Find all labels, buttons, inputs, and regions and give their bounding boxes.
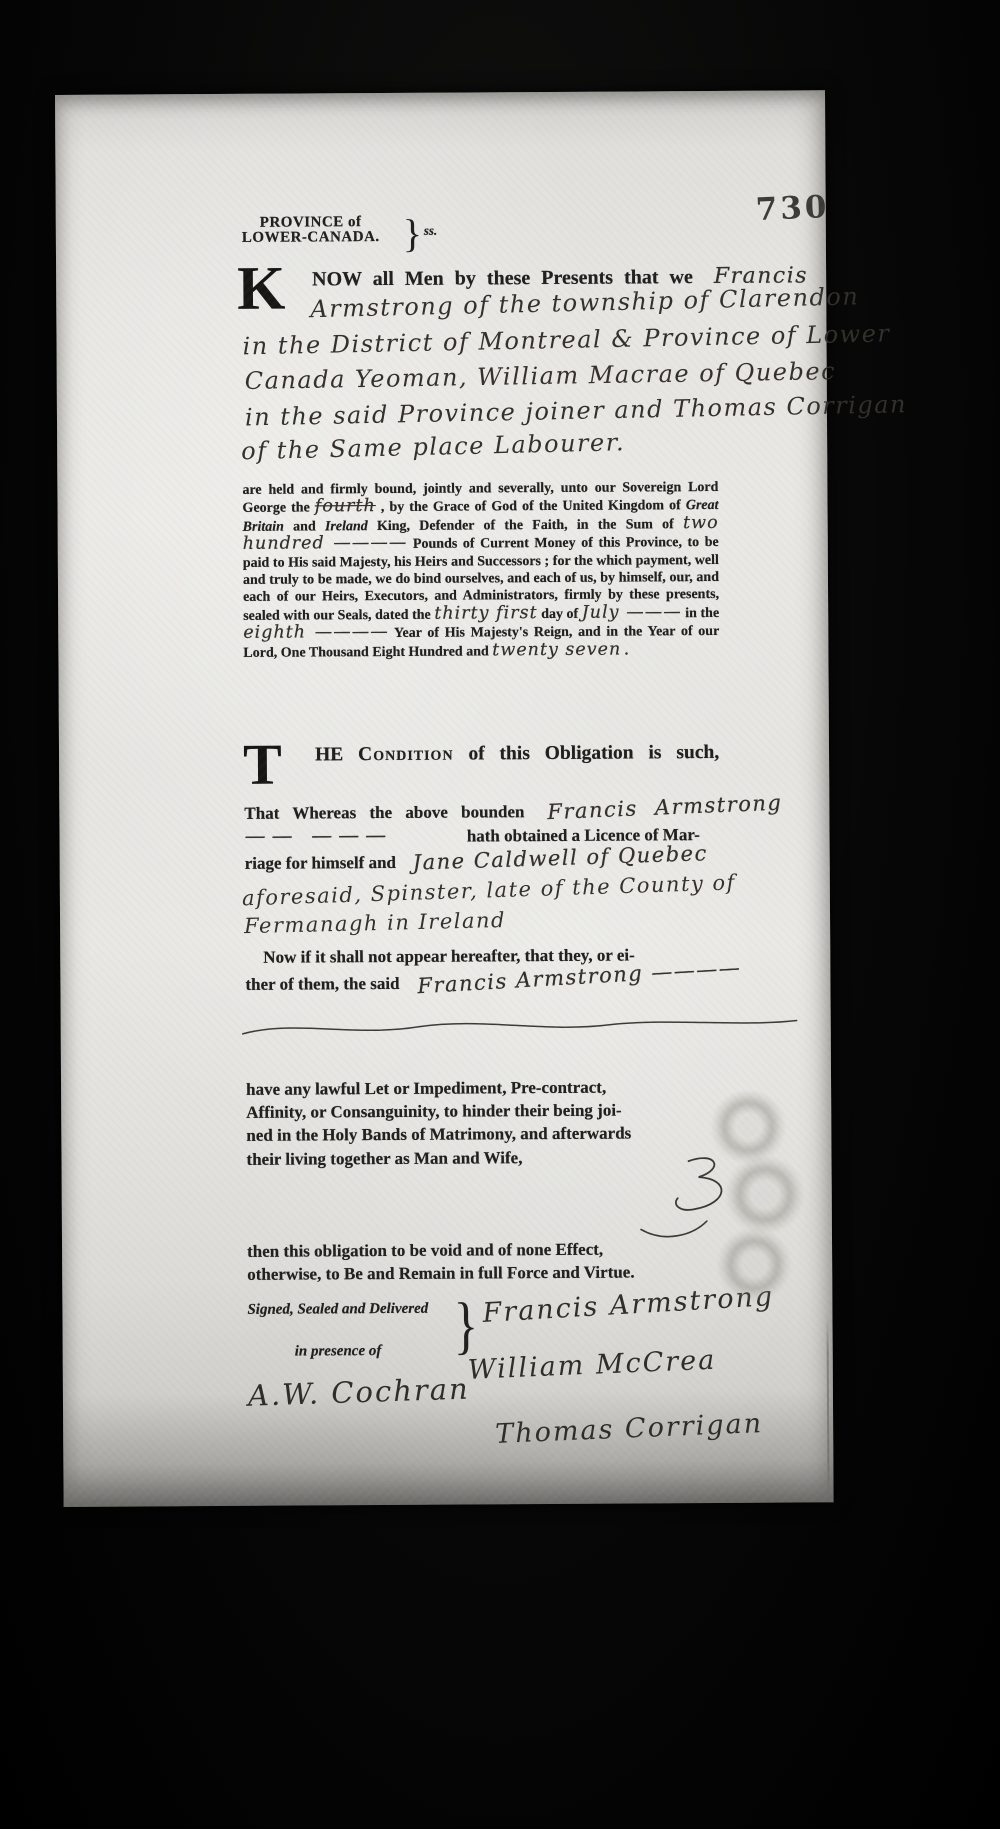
ss-abbreviation: ss. [424, 223, 437, 239]
dropcap-T: T [243, 739, 282, 790]
print-text: ther of them, the said [245, 974, 399, 994]
hand-line: in the said Province joiner and Thomas C… [245, 390, 908, 431]
void-paragraph: then this obligation to be void and of n… [247, 1237, 635, 1286]
hand-line: aforesaid, Spinster, late of the County … [242, 870, 737, 910]
hand-line: Fermanagh in Ireland [244, 908, 506, 938]
hand-line: in the District of Montreal & Province o… [242, 319, 890, 360]
heading-rest: HE [315, 744, 343, 765]
in-presence-label: in presence of [295, 1343, 382, 1361]
impediment-paragraph: have any lawful Let or Impediment, Pre-c… [246, 1076, 631, 1171]
hand-line: Canada Yeoman, William Macrae of Quebec [245, 357, 837, 395]
impediment-line: ned in the Holy Bands of Matrimony, and … [246, 1122, 631, 1148]
impediment-line: Affinity, or Consanguinity, to hinder th… [246, 1099, 631, 1125]
bond-print: King, Defender of the Faith, in the Sum … [368, 517, 683, 534]
impediment-line: have any lawful Let or Impediment, Pre-c… [246, 1076, 631, 1102]
signature-francis-armstrong: Francis Armstrong [482, 1281, 775, 1329]
dropcap-K: K [237, 262, 286, 317]
signed-sealed-label: Signed, Sealed and Delivered [247, 1301, 428, 1319]
impediment-line: their living together as Man and Wife, [246, 1145, 631, 1171]
void-line: otherwise, to Be and Remain in full Forc… [247, 1261, 635, 1287]
bond-print: , by the Grace of God of the United King… [376, 499, 686, 516]
hand-line: of the Same place Labourer. [241, 428, 626, 465]
whereas-line3: riage for himself and Jane Caldwell of Q… [245, 847, 708, 874]
province-line2: LOWER-CANADA. [242, 230, 380, 246]
ink-squiggle [636, 1153, 732, 1246]
page-number: 730 [755, 189, 830, 228]
whereas-line1: That Whereas the above bounden Francis A… [244, 797, 782, 824]
paper-fold-crease [826, 1315, 829, 1500]
print-text: That Whereas the above bounden [244, 802, 524, 823]
bond-print: day of [538, 607, 582, 622]
bond-paragraph: are held and firmly bound, jointly and s… [242, 479, 719, 662]
ink-dash: —— ——— [244, 823, 462, 848]
brace-glyph: } [403, 210, 422, 257]
bond-hand: fourth [315, 496, 376, 516]
microfilm-scan-frame: 730 PROVINCE of LOWER-CANADA. } ss. K NO… [0, 0, 1000, 1829]
bond-print: . [621, 643, 628, 658]
proviso-line2: ther of them, the said Francis Armstrong… [245, 968, 742, 995]
seal-smudge [723, 1156, 805, 1232]
bond-print: in the [682, 606, 720, 621]
province-header: PROVINCE of LOWER-CANADA. [242, 215, 380, 246]
heading-tail: of this Obligation is such, [468, 742, 719, 765]
signature-thomas-corrigan: Thomas Corrigan [495, 1408, 764, 1450]
bond-hand: thirty first [434, 603, 537, 624]
signature-aw-cochran: A.W. Cochran [247, 1372, 470, 1413]
ink-flourish [239, 1010, 804, 1043]
bond-hand: twenty seven [492, 639, 621, 660]
bond-print: and [284, 519, 325, 534]
hand-name: Francis Armstrong [547, 790, 783, 824]
bond-hand: eighth ———— [243, 622, 389, 643]
signature-william-mccrea: William McCrea [467, 1345, 717, 1386]
bond-print-italic: Ireland [325, 519, 368, 534]
print-text: riage for himself and [245, 853, 396, 873]
bond-hand: July ——— [582, 602, 682, 623]
brace-glyph: } [453, 1288, 478, 1362]
void-line: then this obligation to be void and of n… [247, 1237, 635, 1263]
heading-smallcaps: Condition [358, 744, 454, 766]
condition-heading: HE Condition of this Obligation is such, [315, 742, 719, 766]
document-page: 730 PROVINCE of LOWER-CANADA. } ss. K NO… [55, 90, 834, 1507]
